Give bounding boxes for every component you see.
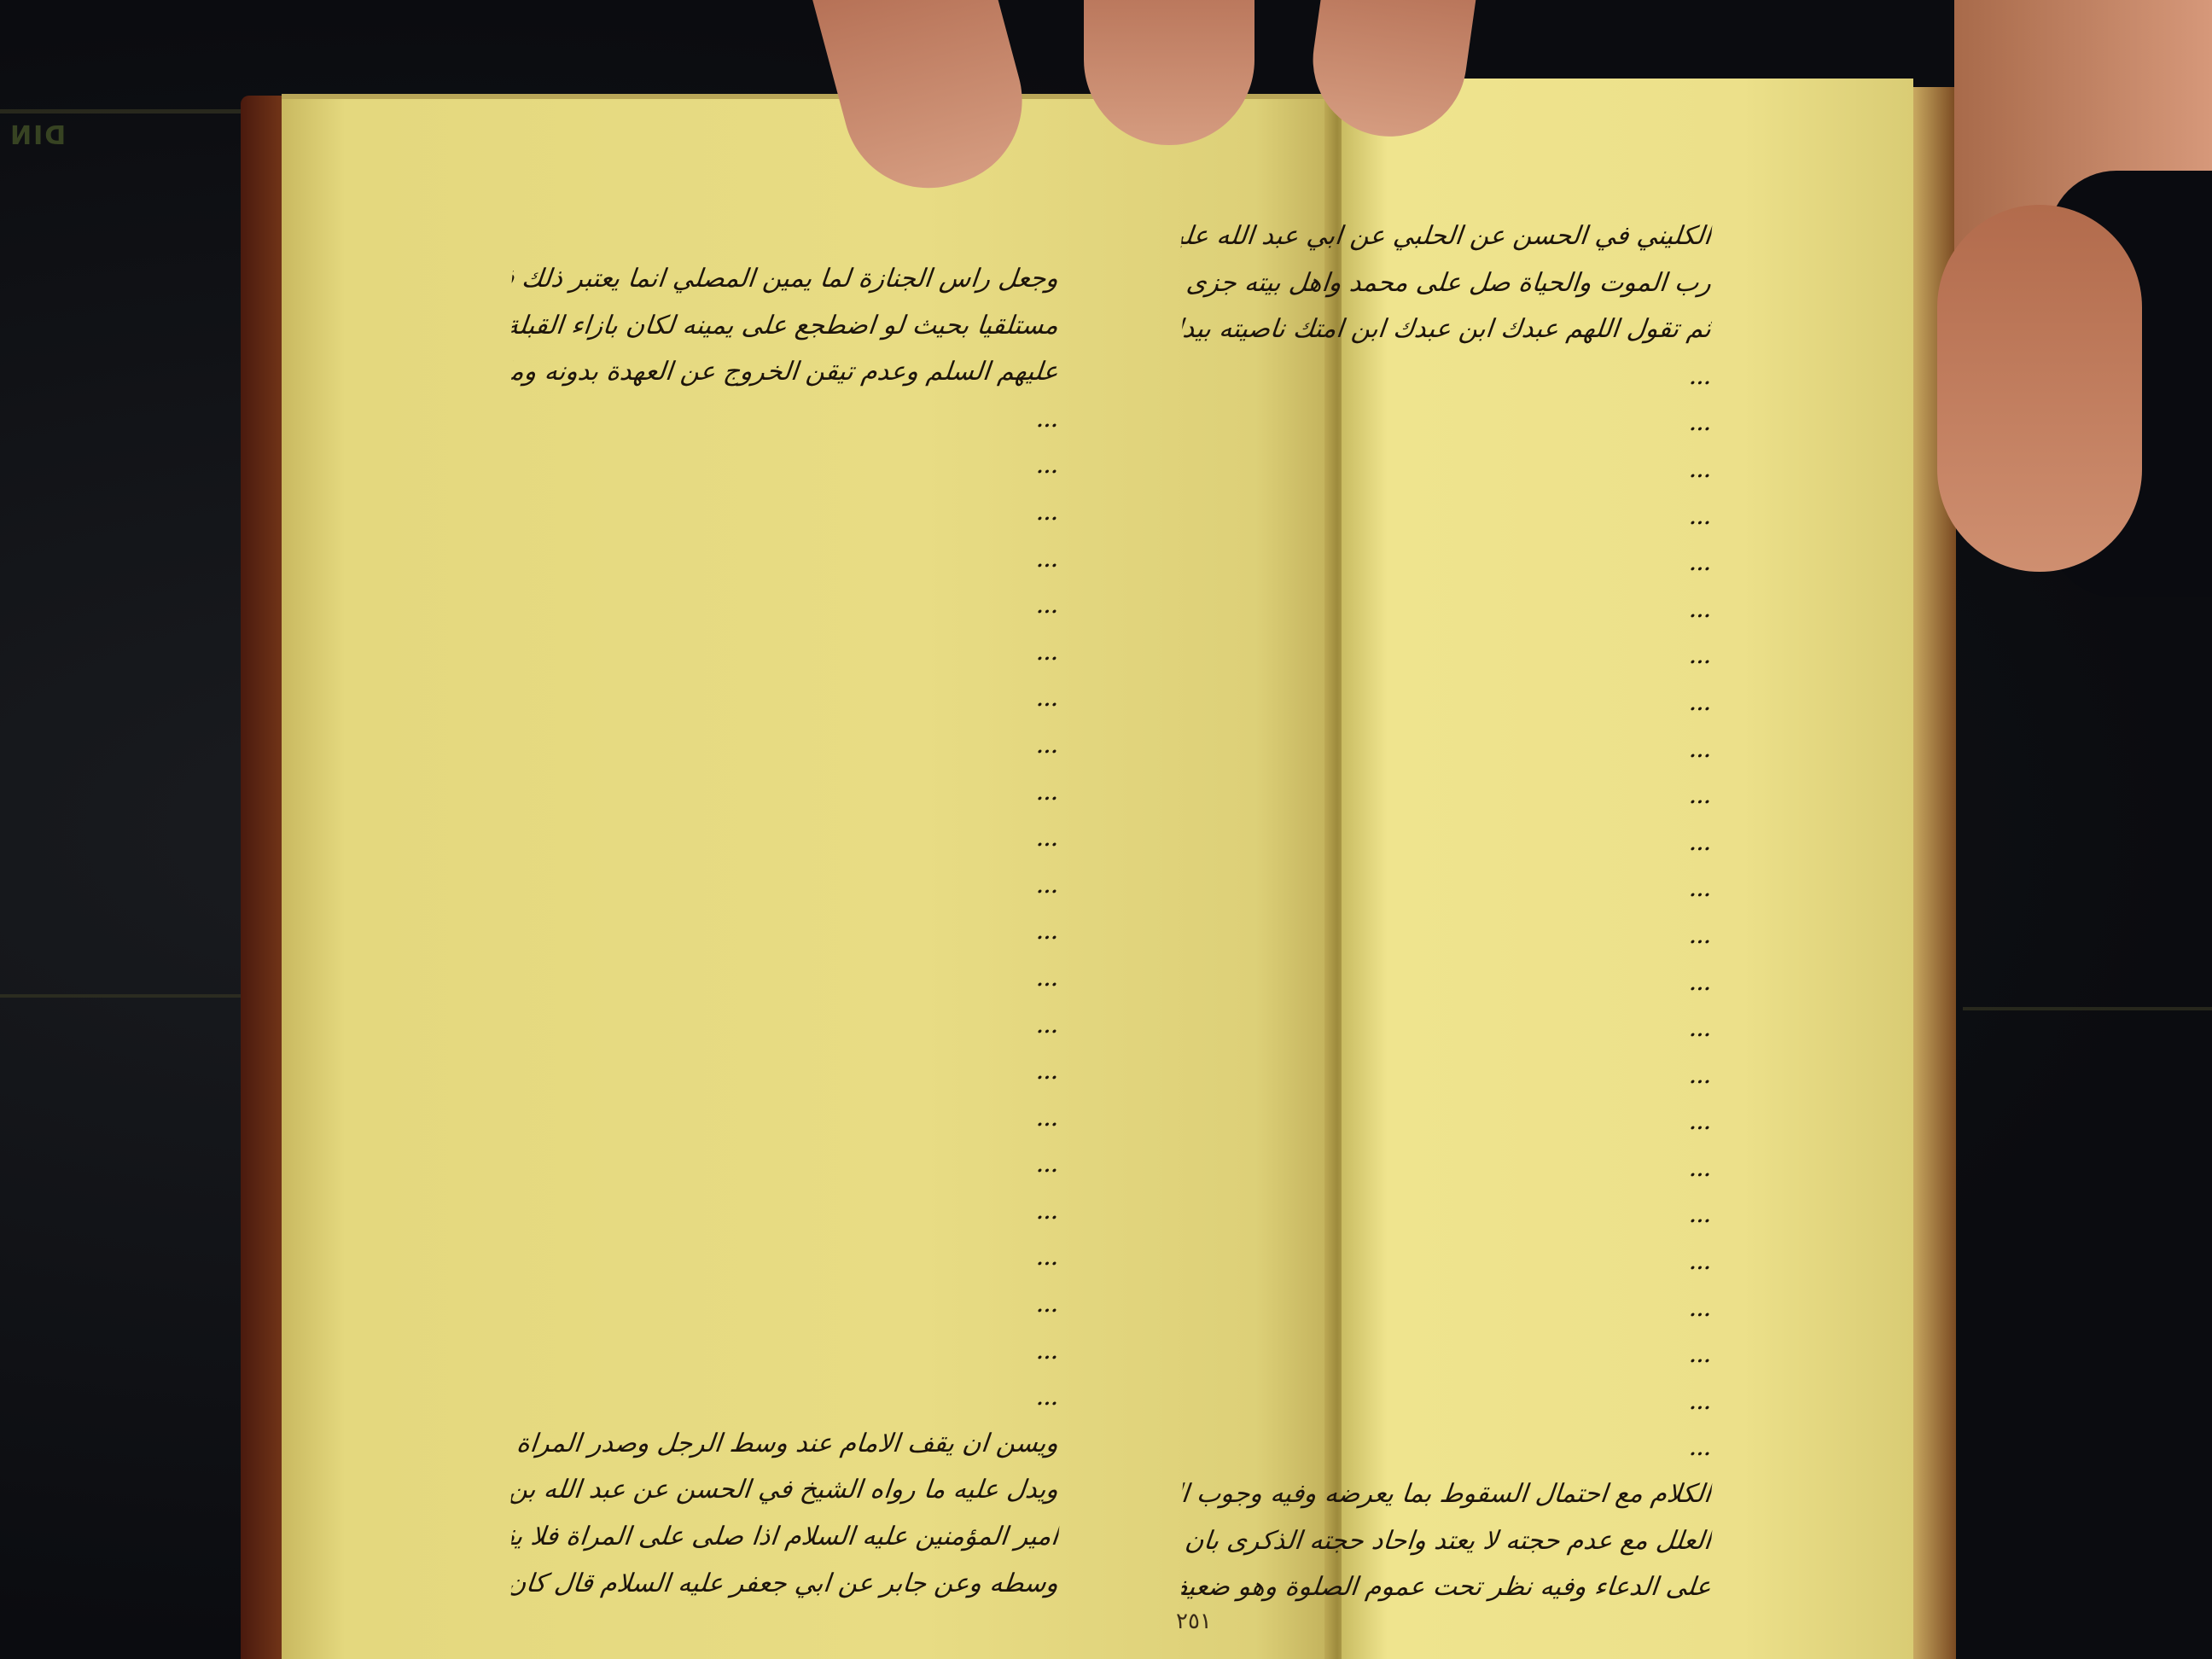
manuscript-line: ...	[509, 1281, 1061, 1328]
left-page-text: وجعل راس الجنازة لما يمين المصلي انما يع…	[512, 256, 1058, 1607]
table-edge-line	[0, 994, 256, 998]
manuscript-line: ...	[1179, 959, 1714, 1006]
manuscript-line: ...	[1179, 1424, 1714, 1471]
manuscript-line: ...	[509, 536, 1061, 583]
manuscript-line: ...	[1179, 493, 1714, 540]
thumb	[1937, 205, 2142, 572]
table-label: DIN	[9, 121, 66, 151]
manuscript-line: ...	[509, 722, 1061, 769]
manuscript-line: ...	[509, 862, 1061, 909]
manuscript-line: ...	[509, 675, 1061, 722]
manuscript-line: ...	[1179, 819, 1714, 866]
manuscript-line: ...	[1179, 1285, 1714, 1332]
manuscript-line: رب الموت والحياة صل على محمد واهل بيته ج…	[1179, 260, 1714, 307]
manuscript-line: الكليني في الحسن عن الحلبي عن ابي عبد ال…	[1179, 213, 1714, 260]
manuscript-line: ...	[509, 1048, 1061, 1095]
manuscript-line: ...	[1179, 865, 1714, 912]
manuscript-line: ...	[509, 1095, 1061, 1142]
manuscript-line: ...	[1179, 1191, 1714, 1238]
manuscript-line: ...	[509, 442, 1061, 489]
page-number: ٢٥١	[1176, 1609, 1212, 1634]
manuscript-line: ...	[1179, 772, 1714, 819]
right-page-text: الكليني في الحسن عن الحلبي عن ابي عبد ال…	[1182, 213, 1711, 1611]
manuscript-line: ...	[1179, 1331, 1714, 1378]
manuscript-line: ويدل عليه ما رواه الشيخ في الحسن عن عبد …	[509, 1467, 1061, 1514]
manuscript-line: ...	[509, 1002, 1061, 1049]
manuscript-line: الكلام مع احتمال السقوط بما يعرضه وفيه و…	[1179, 1471, 1714, 1518]
manuscript-line: ...	[1179, 912, 1714, 959]
manuscript-line: ...	[509, 769, 1061, 816]
manuscript-line: ...	[1179, 1052, 1714, 1099]
manuscript-line: مستلقيا بحيث لو اضطجع على يمينه لكان باز…	[509, 303, 1061, 350]
manuscript-line: ...	[509, 1328, 1061, 1375]
manuscript-line: ...	[1179, 586, 1714, 633]
manuscript-line: ...	[1179, 1005, 1714, 1052]
manuscript-line: العلل مع عدم حجته لا يعتد واحاد حجته الذ…	[1179, 1518, 1714, 1565]
manuscript-line: ...	[1179, 539, 1714, 586]
manuscript-line: ...	[509, 815, 1061, 862]
manuscript-line: ...	[509, 582, 1061, 629]
manuscript-line: امير المؤمنين عليه السلام اذا صلى على ال…	[509, 1514, 1061, 1561]
manuscript-line: ...	[1179, 679, 1714, 726]
manuscript-line: ...	[509, 1141, 1061, 1188]
manuscript-line: عليهم السلم وعدم تيقن الخروج عن العهدة ب…	[509, 349, 1061, 396]
manuscript-line: ثم تقول اللهم عبدك ابن عبدك ابن امتك ناص…	[1179, 306, 1714, 353]
manuscript-line: ...	[509, 1188, 1061, 1235]
manuscript-line: على الدعاء وفيه نظر تحت عموم الصلوة وهو …	[1179, 1564, 1714, 1611]
manuscript-line: ...	[1179, 399, 1714, 446]
manuscript-line: ...	[509, 908, 1061, 955]
manuscript-line: ...	[1179, 446, 1714, 493]
manuscript-line: ...	[1179, 1098, 1714, 1145]
manuscript-line: وجعل راس الجنازة لما يمين المصلي انما يع…	[509, 256, 1061, 303]
manuscript-line: ويسن ان يقف الامام عند وسط الرجل وصدر ال…	[509, 1421, 1061, 1468]
manuscript-line: ...	[509, 489, 1061, 536]
manuscript-line: ...	[1179, 632, 1714, 679]
manuscript-line: ...	[1179, 726, 1714, 773]
manuscript-line: ...	[509, 955, 1061, 1002]
table-edge-line	[1963, 1007, 2212, 1010]
manuscript-line: ...	[509, 396, 1061, 443]
manuscript-line: ...	[1179, 353, 1714, 400]
manuscript-line: ...	[1179, 1145, 1714, 1192]
manuscript-line: ...	[509, 1374, 1061, 1421]
manuscript-line: ...	[1179, 1238, 1714, 1285]
manuscript-line: ...	[1179, 1378, 1714, 1425]
manuscript-line: ...	[509, 1234, 1061, 1281]
manuscript-line: ...	[509, 629, 1061, 676]
manuscript-line: وسطه وعن جابر عن ابي جعفر عليه السلام قا…	[509, 1561, 1061, 1608]
